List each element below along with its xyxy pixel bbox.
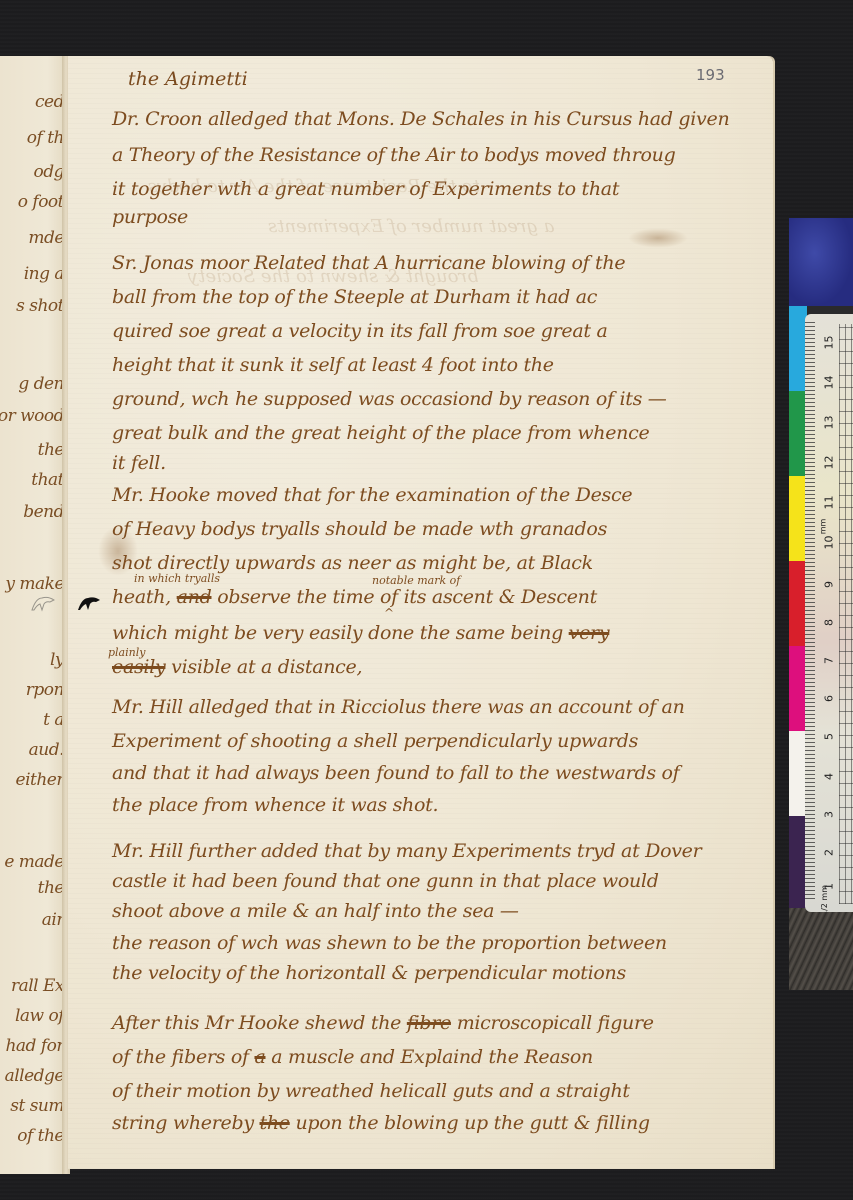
- show-through-text: a great number of Experiments: [268, 216, 555, 237]
- left-page-line: of th: [27, 128, 64, 148]
- ruler-unit-label: 1/2 mm: [820, 885, 829, 912]
- ruler-label: 14: [823, 373, 836, 393]
- ruler-label: 9: [823, 575, 836, 595]
- manuscript-line: purpose: [112, 206, 188, 228]
- left-page-line: o foot: [18, 192, 64, 212]
- manuscript-line: shot directly upwards as neer as might b…: [112, 552, 593, 574]
- line-text: upon the blowing up the gutt & filling: [290, 1112, 650, 1134]
- ruler-label: 12: [823, 453, 836, 473]
- manuscript-line: height that it sunk it self at least 4 f…: [112, 354, 554, 376]
- pointing-hand-mark-icon: [76, 592, 102, 612]
- manuscript-line: of Heavy bodys tryalls should be made wt…: [112, 518, 607, 540]
- manuscript-line: it fell.: [112, 452, 166, 474]
- line-text: string whereby: [112, 1112, 260, 1134]
- left-page-line: either: [16, 770, 64, 790]
- left-page-line: that: [31, 470, 64, 490]
- ruler-label: 7: [823, 651, 836, 671]
- ruler-label: 5: [823, 727, 836, 747]
- line-text: visible at a distance,: [165, 656, 362, 678]
- manuscript-line: Sr. Jonas moor Related that A hurricane …: [112, 252, 625, 274]
- struck-word: very: [569, 622, 610, 644]
- ruler-label: 8: [823, 613, 836, 633]
- left-page-line: of the: [17, 1126, 64, 1146]
- struck-word: fibre: [407, 1012, 451, 1034]
- struck-word: and: [177, 586, 212, 608]
- manuscript-line: easily visible at a distance,: [112, 656, 362, 678]
- left-page-line: y make: [5, 574, 64, 594]
- line-text: which might be very easily done the same…: [112, 622, 569, 644]
- swatch-blue-textured: [789, 218, 853, 306]
- manuscript-page: to the Resistance of the Air to bodys a …: [68, 56, 773, 1169]
- manuscript-line: Mr. Hill alledged that in Ricciolus ther…: [112, 696, 685, 718]
- left-page-line: g den: [18, 374, 64, 394]
- left-facing-page: ced of th odg o foot mde ing a s shot g …: [0, 56, 68, 1174]
- page-heading: the Agimetti: [128, 68, 248, 90]
- struck-word: a: [254, 1046, 265, 1068]
- manuscript-line: string whereby the upon the blowing up t…: [112, 1112, 650, 1134]
- left-page-line: ing a: [24, 264, 64, 284]
- faint-offset-mark-icon: [30, 592, 56, 612]
- left-page-line: had for: [5, 1036, 64, 1056]
- left-page-line: rall Ex: [11, 976, 64, 996]
- manuscript-line: the place from whence it was shot.: [112, 794, 438, 816]
- left-page-line: odg: [34, 162, 65, 182]
- ruler-label: 15: [823, 333, 836, 353]
- struck-word: the: [260, 1112, 290, 1134]
- manuscript-line: castle it had been found that one gunn i…: [112, 870, 659, 892]
- folio-number: 193: [696, 66, 725, 84]
- left-page-line: air: [42, 910, 64, 930]
- manuscript-line: quired soe great a velocity in its fall …: [112, 320, 607, 342]
- manuscript-line: After this Mr Hooke shewd the fibre micr…: [112, 1012, 654, 1034]
- ruler-label: 13: [823, 413, 836, 433]
- ruler-label: 4: [823, 767, 836, 787]
- ink-stain: [628, 228, 688, 248]
- left-page-line: bend: [23, 502, 64, 522]
- insertion-caret: ^: [384, 606, 394, 620]
- manuscript-line: great bulk and the great height of the p…: [112, 422, 649, 444]
- line-text: microscopicall figure: [451, 1012, 654, 1034]
- ruler-label: 2: [823, 843, 836, 863]
- manuscript-line: the reason of wch was shewn to be the pr…: [112, 932, 667, 954]
- manuscript-line: which might be very easily done the same…: [112, 622, 609, 644]
- line-text: of the fibers of: [112, 1046, 254, 1068]
- manuscript-line: of the fibers of a a muscle and Explaind…: [112, 1046, 593, 1068]
- line-text: observe the time of its ascent & Descent: [212, 586, 597, 608]
- interlinear-insertion: in which tryalls: [134, 572, 220, 585]
- manuscript-line: Mr. Hill further added that by many Expe…: [112, 840, 701, 862]
- manuscript-line: ball from the top of the Steeple at Durh…: [112, 286, 597, 308]
- measurement-ruler: 15 14 13 12 11 10 mm 9 8 7 6 5 4 3 2 1 1…: [805, 314, 853, 912]
- ruler-ticks: [805, 322, 815, 902]
- manuscript-line: the velocity of the horizontall & perpen…: [112, 962, 626, 984]
- ruler-unit-label: mm: [818, 519, 827, 535]
- left-page-line: st sum: [10, 1096, 64, 1116]
- manuscript-line: and that it had always been found to fal…: [112, 762, 679, 784]
- line-text: a muscle and Explaind the Reason: [266, 1046, 593, 1068]
- manuscript-line: Experiment of shooting a shell perpendic…: [112, 730, 638, 752]
- manuscript-line: of their motion by wreathed helicall gut…: [112, 1080, 630, 1102]
- left-page-line: alledge: [5, 1066, 64, 1086]
- manuscript-line: it together wth a great number of Experi…: [112, 178, 619, 200]
- ruler-grid: [839, 324, 853, 904]
- ruler-label: 6: [823, 689, 836, 709]
- manuscript-line: Mr. Hooke moved that for the examination…: [112, 484, 632, 506]
- left-page-line: mde: [28, 228, 64, 248]
- color-calibration-strip: 15 14 13 12 11 10 mm 9 8 7 6 5 4 3 2 1 1…: [789, 218, 853, 990]
- left-page-line: the: [38, 440, 64, 460]
- left-page-line: law of: [15, 1006, 64, 1026]
- left-page-line: ced: [35, 92, 64, 112]
- swatch-grey-textured: [789, 908, 853, 990]
- manuscript-line: shoot above a mile & an half into the se…: [112, 900, 519, 922]
- line-text: After this Mr Hooke shewd the: [112, 1012, 407, 1034]
- left-page-line: or wood: [0, 406, 64, 426]
- left-page-line: e made: [4, 852, 64, 872]
- ruler-label: 11: [823, 493, 836, 513]
- left-page-line: t a: [43, 710, 64, 730]
- manuscript-line: a Theory of the Resistance of the Air to…: [112, 144, 675, 166]
- left-page-line: the: [38, 878, 64, 898]
- ruler-label: 3: [823, 805, 836, 825]
- ruler-label: 10: [823, 533, 836, 553]
- line-text: heath,: [112, 586, 177, 608]
- struck-word: easily: [112, 656, 165, 678]
- left-page-line: s shot: [16, 296, 64, 316]
- left-page-line: aud.: [29, 740, 64, 760]
- left-page-line: rpon: [26, 680, 64, 700]
- manuscript-line: Dr. Croon alledged that Mons. De Schales…: [112, 108, 729, 130]
- manuscript-line: ground, wch he supposed was occasiond by…: [112, 388, 666, 410]
- manuscript-line: heath, and observe the time of its ascen…: [112, 586, 597, 608]
